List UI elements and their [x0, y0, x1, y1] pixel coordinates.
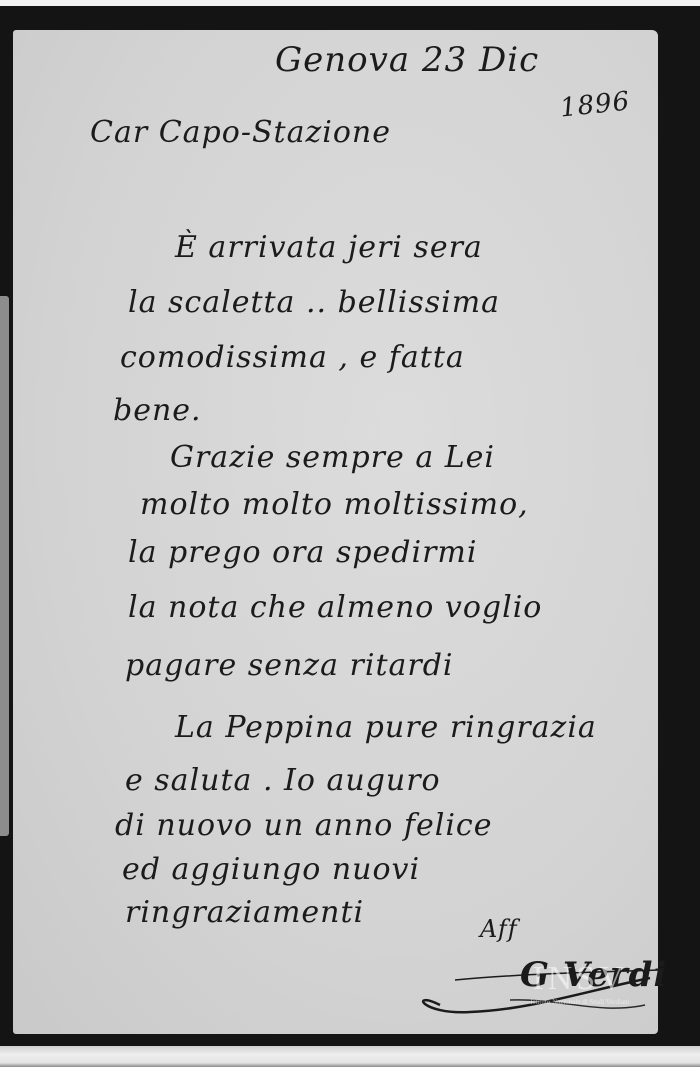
letter-line: ringraziamenti	[125, 895, 364, 930]
letter-line: la prego ora spedirmi	[128, 535, 477, 570]
letter-line: e saluta . Io auguro	[125, 763, 441, 798]
letter-place-date: Genova 23 Dic	[275, 40, 539, 80]
watermark-logo: INSV	[505, 962, 655, 996]
archive-watermark: INSV Istituto Nazionale di Studi Verdian…	[505, 962, 655, 1006]
letter-line: bene.	[113, 393, 202, 428]
letter-line: pagare senza ritardi	[125, 648, 454, 683]
letter-salutation: Car Capo-Stazione	[90, 115, 391, 150]
letter-line: comodissima , e fatta	[120, 340, 465, 375]
watermark-subtitle: Istituto Nazionale di Studi Verdiani	[505, 998, 655, 1006]
letter-line: ed aggiungo nuovi	[122, 852, 420, 887]
letter-line: La Peppina pure ringrazia	[175, 710, 597, 745]
left-edge-sheet	[0, 296, 9, 836]
letter-line: Grazie sempre a Lei	[170, 440, 495, 475]
bottom-border-strip	[0, 1046, 700, 1067]
letter-closing: Aff	[480, 915, 518, 943]
letter-line: molto molto moltissimo,	[140, 487, 529, 522]
letter-line: È arrivata jeri sera	[175, 230, 483, 265]
letter-line: la nota che almeno voglio	[128, 590, 542, 625]
letter-line: di nuovo un anno felice	[115, 808, 493, 843]
letter-line: la scaletta .. bellissima	[128, 285, 500, 320]
